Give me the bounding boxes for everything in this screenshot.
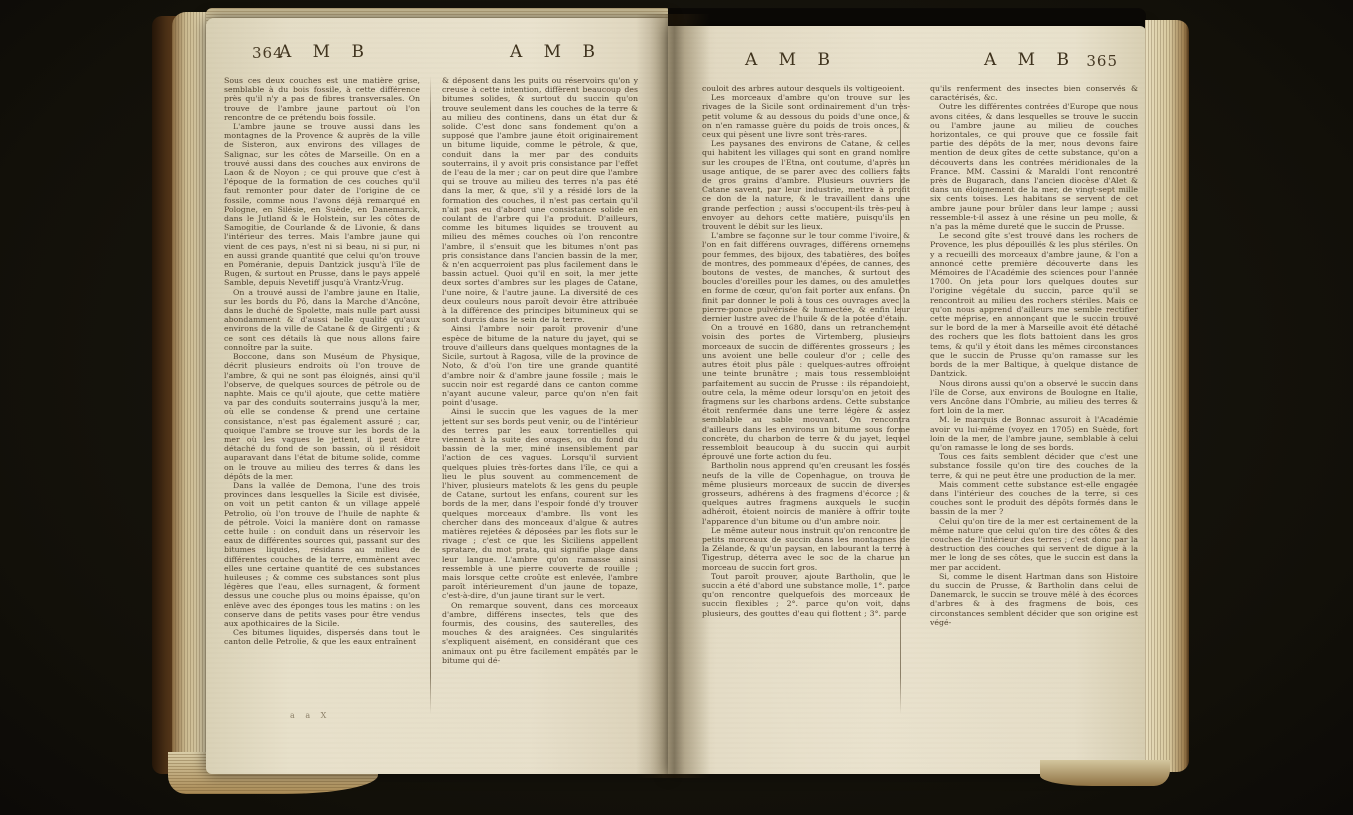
left-page-columns: Sous ces deux couches est une matière gr… — [224, 76, 638, 728]
right-page-top-shadow — [668, 8, 1146, 28]
paragraph: Ces bitumes liquides, dispersés dans tou… — [224, 628, 420, 646]
right-page-stack-bottom-edge — [1040, 760, 1170, 786]
column-rule — [430, 76, 431, 714]
paragraph: Les morceaux d'ambre qu'on trouve sur le… — [702, 93, 910, 139]
text-column: & déposent dans les puits ou réservoirs … — [442, 76, 638, 728]
paragraph: Le second gîte s'est trouvé dans les roc… — [930, 231, 1138, 378]
paragraph: Boccone, dans son Muséum de Physique, dé… — [224, 352, 420, 481]
paragraph: qu'ils renferment des insectes bien cons… — [930, 84, 1138, 102]
paragraph: Le même auteur nous instruit qu'on renco… — [702, 526, 910, 572]
text-column: qu'ils renferment des insectes bien cons… — [930, 84, 1138, 728]
paragraph: Ainsi le succin que les vagues de la mer… — [442, 407, 638, 600]
paragraph: Les paysanes des environs de Catane, & c… — [702, 139, 910, 231]
paragraph: L'ambre se façonne sur le tour comme l'i… — [702, 231, 910, 323]
paragraph: M. le marquis de Bonnac assuroit à l'Aca… — [930, 415, 1138, 452]
paragraph: Tout paroît prouver, ajoute Bartholin, q… — [702, 572, 910, 618]
signature-mark: a a X — [290, 711, 330, 720]
right-page-stack-edge — [1145, 20, 1189, 772]
running-head-amb: A M B — [206, 42, 437, 62]
paragraph: Tous ces faits semblent décider que c'es… — [930, 452, 1138, 480]
paragraph: Nous dirons aussi qu'on a observé le suc… — [930, 379, 1138, 416]
paragraph: On a trouvé aussi de l'ambre jaune en It… — [224, 288, 420, 352]
left-page: 364 A M B A M B Sous ces deux couches es… — [206, 18, 668, 774]
text-column: Sous ces deux couches est une matière gr… — [224, 76, 420, 728]
right-page-header: A M B A M B 365 — [668, 50, 1146, 76]
paragraph: Bartholin nous apprend qu'en creusant le… — [702, 461, 910, 525]
paragraph: Dans la vallée de Demona, l'une des troi… — [224, 481, 420, 628]
paragraph: Mais comment cette substance est-elle en… — [930, 480, 1138, 517]
photo-background: 364 A M B A M B Sous ces deux couches es… — [0, 0, 1353, 815]
paragraph: On remarque souvent, dans ces morceaux d… — [442, 601, 638, 665]
running-head-amb: A M B — [668, 50, 907, 70]
paragraph: L'ambre jaune se trouve aussi dans les m… — [224, 122, 420, 288]
paragraph: Outre les différentes contrées d'Europe … — [930, 102, 1138, 231]
column-rule — [900, 84, 901, 714]
paragraph: Celui qu'on tire de la mer est certainem… — [930, 517, 1138, 572]
right-page-columns: couloit des arbres autour desquels ils v… — [702, 84, 1138, 728]
paragraph: On a trouvé en 1680, dans un retrancheme… — [702, 323, 910, 461]
paragraph: Sous ces deux couches est une matière gr… — [224, 76, 420, 122]
left-page-content: 364 A M B A M B Sous ces deux couches es… — [206, 18, 668, 774]
paragraph: Ainsi l'ambre noir paroît provenir d'une… — [442, 324, 638, 407]
page-number-right: 365 — [1086, 52, 1118, 70]
paragraph: couloit des arbres autour desquels ils v… — [702, 84, 910, 93]
text-column: couloit des arbres autour desquels ils v… — [702, 84, 910, 728]
right-page-content: A M B A M B 365 couloit des arbres autou… — [668, 26, 1146, 774]
right-page: A M B A M B 365 couloit des arbres autou… — [668, 26, 1146, 774]
paragraph: Si, comme le disent Hartman dans son His… — [930, 572, 1138, 627]
paragraph: & déposent dans les puits ou réservoirs … — [442, 76, 638, 324]
left-page-header: 364 A M B A M B — [206, 42, 668, 68]
running-head-amb: A M B — [437, 42, 668, 62]
